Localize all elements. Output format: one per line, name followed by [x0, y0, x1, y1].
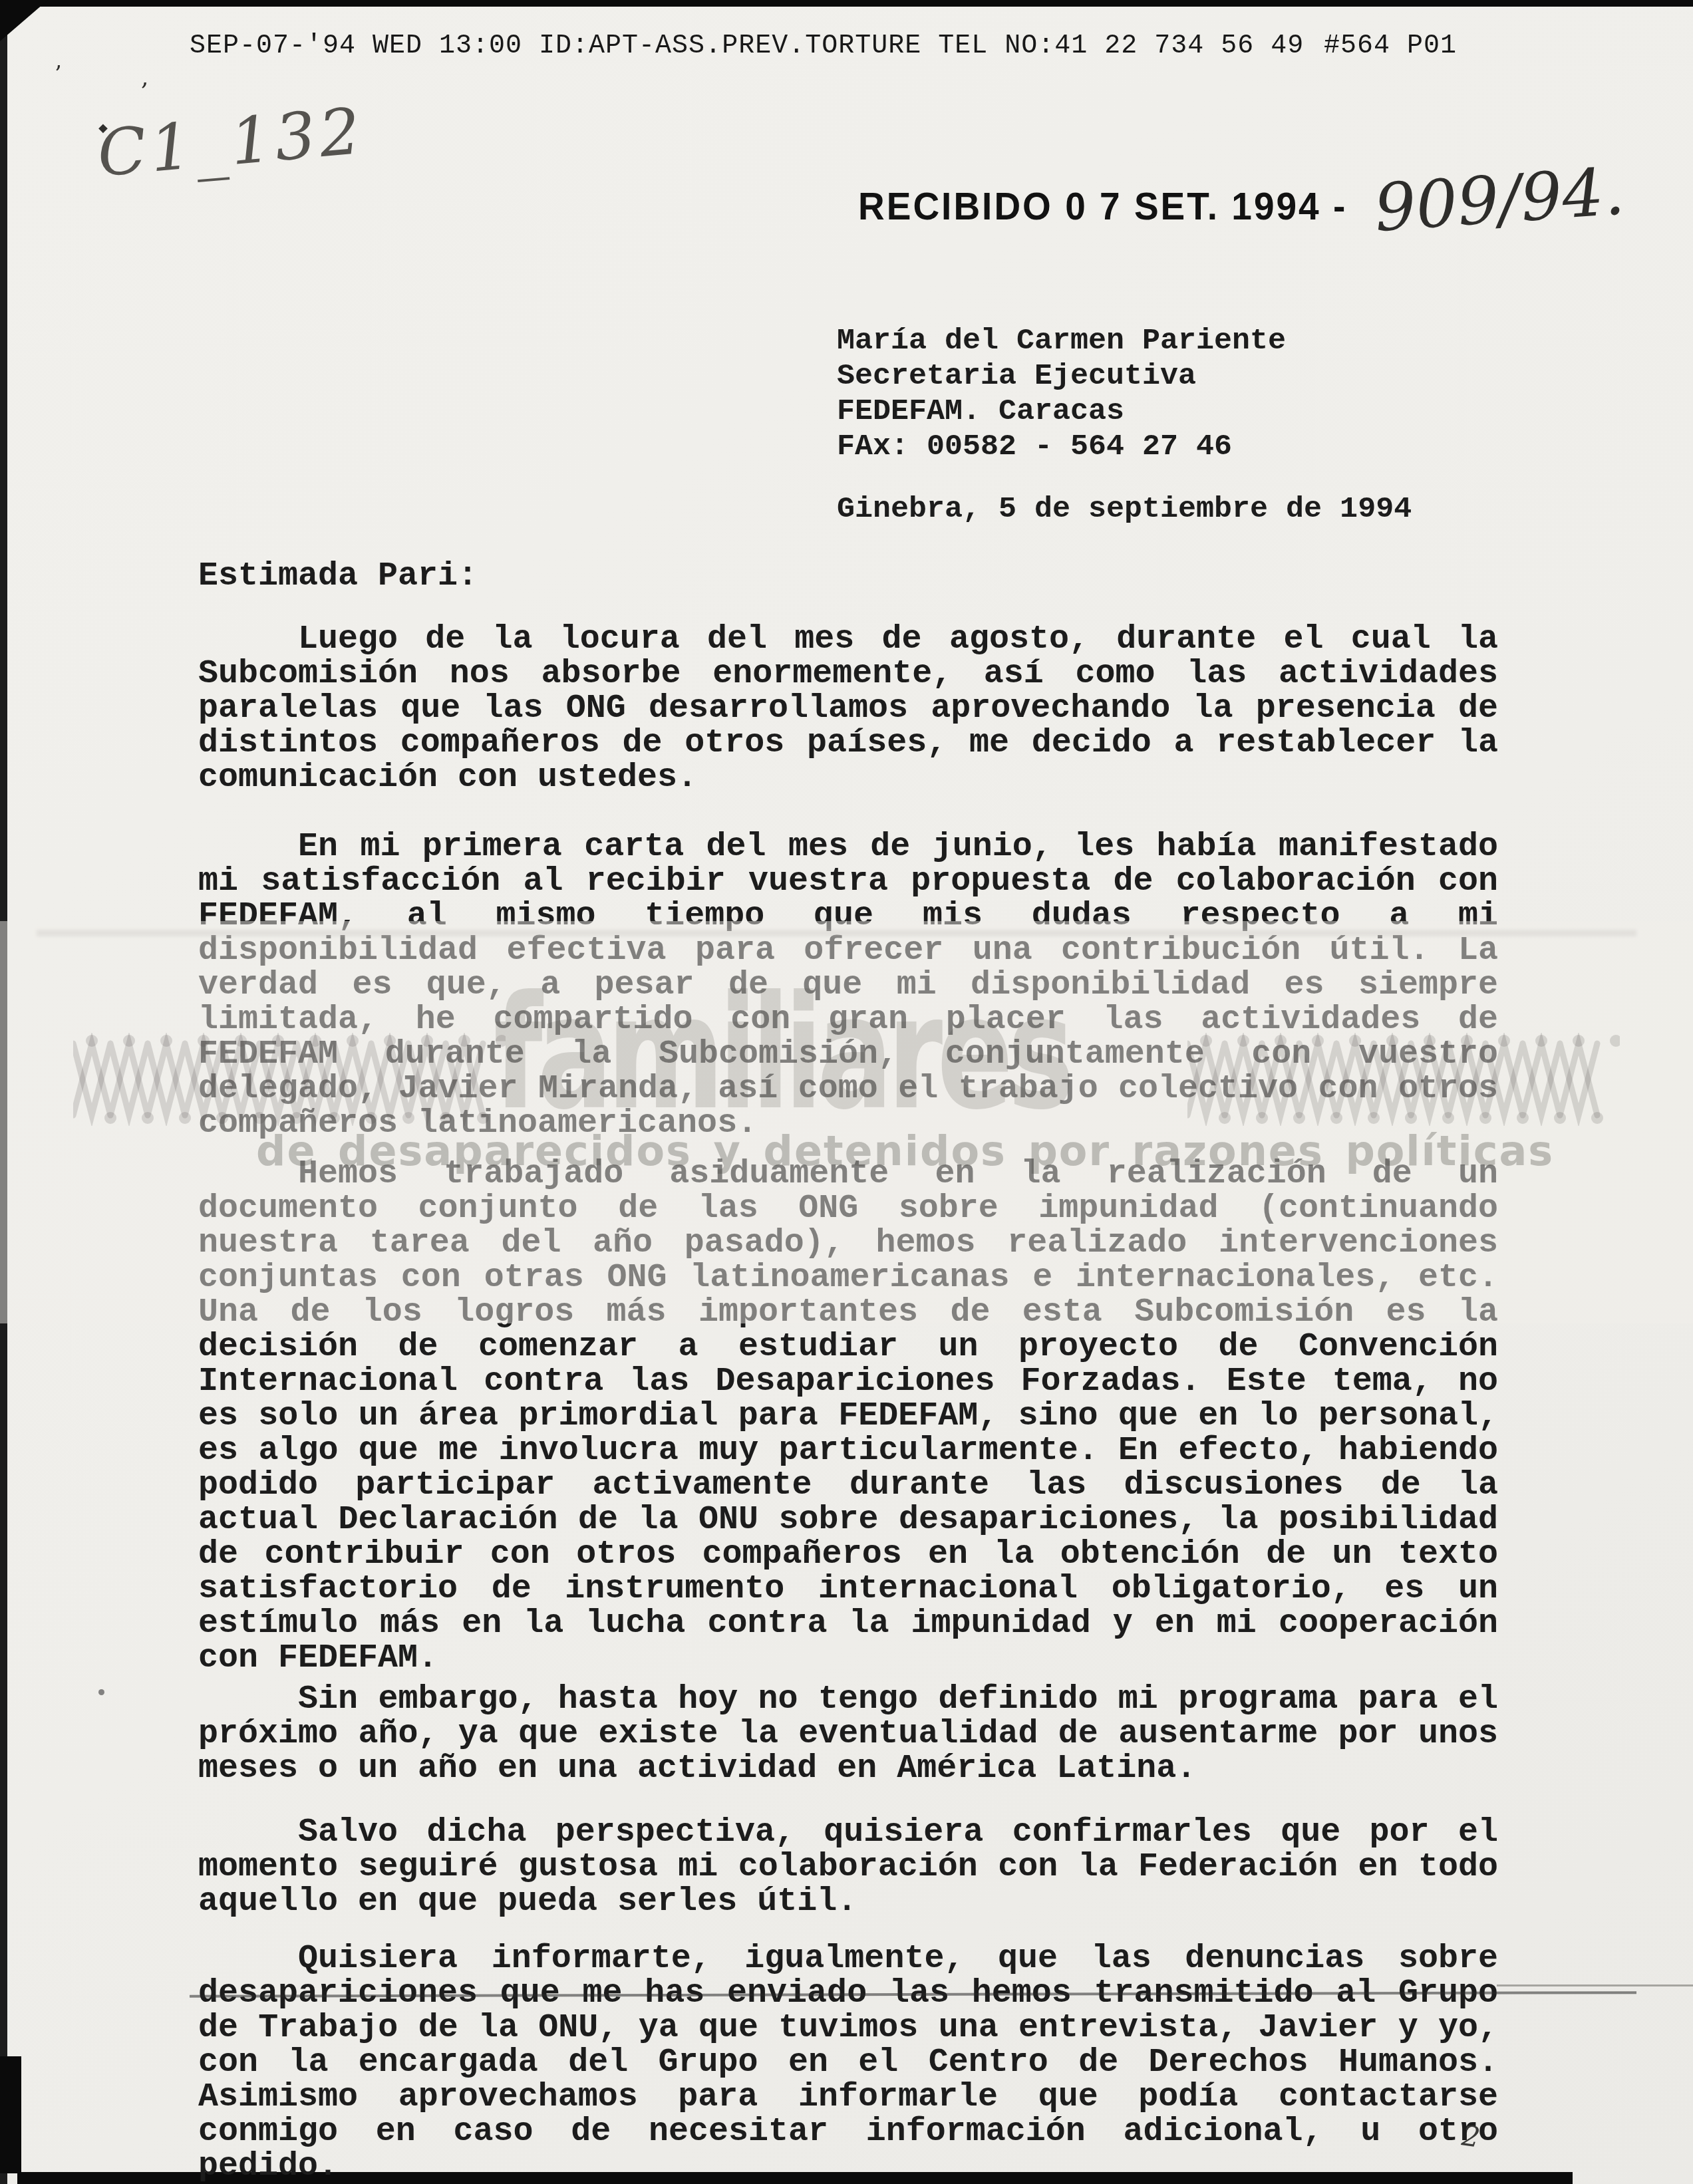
recipient-block: María del Carmen Pariente Secretaria Eje…	[837, 323, 1286, 464]
body-paragraph-4: Sin embargo, hasta hoy no tengo definido…	[198, 1683, 1498, 1786]
scan-speck: ,	[141, 64, 148, 91]
recipient-organization: FEDEFAM. Caracas	[837, 394, 1286, 429]
dateline: Ginebra, 5 de septiembre de 1994	[837, 492, 1412, 526]
body-paragraph-1: Luego de la locura del mes de agosto, du…	[198, 622, 1498, 795]
fax-page-number: #564 P01	[1324, 32, 1457, 61]
recipient-title: Secretaria Ejecutiva	[837, 358, 1286, 394]
scan-edge-left-lower	[0, 2056, 21, 2173]
handwritten-case-number: 909/94.	[1372, 154, 1626, 247]
body-paragraph-6: Quisiera informarte, igualmente, que las…	[198, 1942, 1498, 2184]
body-paragraph-5: Salvo dicha perspectiva, quisiera confir…	[198, 1816, 1498, 1919]
recipient-name: María del Carmen Pariente	[837, 323, 1286, 358]
salutation: Estimada Pari:	[198, 557, 478, 595]
fax-transmission-header: SEP-07-'94 WED 13:00 ID:APT-ASS.PREV.TOR…	[190, 32, 1304, 61]
body-paragraph-3: Hemos trabajado asiduamente en la realiz…	[198, 1157, 1498, 1676]
fax-letter-page: ’ , ◆ SEP-07-'94 WED 13:00 ID:APT-ASS.PR…	[0, 0, 1693, 2184]
scan-smudge-line	[37, 930, 1636, 936]
scan-edge-left	[0, 0, 7, 2184]
margin-dot-mark	[98, 1689, 104, 1695]
scan-line-artifact-right	[1497, 1984, 1693, 1986]
recipient-fax-number: FAx: 00582 - 564 27 46	[837, 429, 1286, 464]
received-date-stamp: RECIBIDO 0 7 SET. 1994 -	[858, 184, 1347, 229]
scan-edge-top	[0, 0, 1693, 7]
handwritten-file-code: C1_132	[94, 94, 367, 192]
scan-speck: ’	[55, 61, 62, 88]
body-paragraph-2: En mi primera carta del mes de junio, le…	[198, 830, 1498, 1141]
